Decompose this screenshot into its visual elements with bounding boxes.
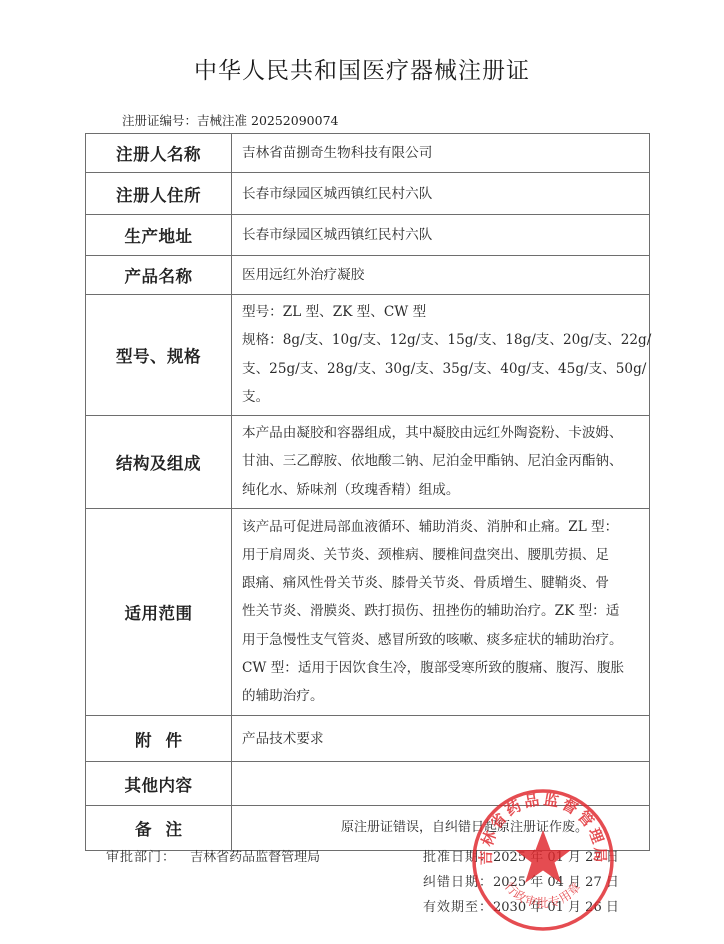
table-row-model-spec: 型号、规格 型号：ZL 型、ZK 型、CW 型 规格：8g/支、10g/支、12…	[86, 295, 650, 416]
text-line: CW 型：适用于因饮食生冷，腹部受寒所致的腹痛、腹泻、腹胀	[242, 654, 641, 682]
approval-dept-label: 审批部门：	[106, 850, 176, 865]
row-label: 产品名称	[86, 256, 232, 295]
row-value: 该产品可促进局部血液循环、辅助消炎、消肿和止痛。ZL 型： 用于肩周炎、关节炎、…	[232, 509, 650, 716]
row-value: 产品技术要求	[232, 716, 650, 762]
approval-date-value: 2025 年 01 月 27 日	[493, 850, 619, 865]
table-row-remarks: 备注 原注册证错误，自纠错日起原注册证作废。	[86, 806, 650, 851]
table-row-scope: 适用范围 该产品可促进局部血液循环、辅助消炎、消肿和止痛。ZL 型： 用于肩周炎…	[86, 509, 650, 716]
table-row-attachment: 附件 产品技术要求	[86, 716, 650, 762]
text-line: 用于肩周炎、关节炎、颈椎病、腰椎间盘突出、腰肌劳损、足	[242, 541, 641, 569]
text-line: 支、25g/支、28g/支、30g/支、35g/支、40g/支、45g/支、50…	[242, 355, 641, 383]
row-label: 备注	[86, 806, 232, 851]
certificate-table: 注册人名称 吉林省苗捌奇生物科技有限公司 注册人住所 长春市绿园区城西镇红民村六…	[85, 133, 650, 851]
text-line: 的辅助治疗。	[242, 682, 641, 710]
table-row-structure: 结构及组成 本产品由凝胶和容器组成，其中凝胶由远红外陶瓷粉、卡波姆、 甘油、三乙…	[86, 416, 650, 509]
remarks-text: 原注册证错误，自纠错日起原注册证作废。	[341, 820, 588, 835]
approval-dept-value: 吉林省药品监督管理局	[190, 850, 320, 865]
table-row-registrant-address: 注册人住所 长春市绿园区城西镇红民村六队	[86, 173, 650, 215]
valid-until: 有效期至：2030 年 01 月 26 日	[423, 896, 619, 915]
row-label: 注册人住所	[86, 173, 232, 215]
row-label: 结构及组成	[86, 416, 232, 509]
row-label: 附件	[86, 716, 232, 762]
text-line: 跟痛、痛风性骨关节炎、膝骨关节炎、骨质增生、腱鞘炎、骨	[242, 569, 641, 597]
row-label: 型号、规格	[86, 295, 232, 416]
table-row-product-name: 产品名称 医用远红外治疗凝胶	[86, 256, 650, 295]
correction-date-label: 纠错日期：	[423, 875, 493, 890]
approval-department: 审批部门： 吉林省药品监督管理局	[106, 846, 320, 865]
text-line: 该产品可促进局部血液循环、辅助消炎、消肿和止痛。ZL 型：	[242, 513, 641, 541]
text-line: 型号：ZL 型、ZK 型、CW 型	[242, 298, 641, 326]
text-line: 性关节炎、滑膜炎、跌打损伤、扭挫伤的辅助治疗。ZK 型：适	[242, 597, 641, 625]
row-value: 原注册证错误，自纠错日起原注册证作废。	[232, 806, 650, 851]
text-line: 支。	[242, 383, 641, 411]
row-label: 其他内容	[86, 762, 232, 806]
text-line: 纯化水、矫味剂（玫瑰香精）组成。	[242, 476, 641, 504]
registration-number-value: 吉械注准 20252090074	[197, 113, 338, 128]
registration-number-label: 注册证编号：	[122, 113, 197, 128]
row-value: 本产品由凝胶和容器组成，其中凝胶由远红外陶瓷粉、卡波姆、 甘油、三乙醇胺、依地酸…	[232, 416, 650, 509]
row-label: 适用范围	[86, 509, 232, 716]
approval-date-label: 批准日期：	[423, 850, 493, 865]
row-value: 长春市绿园区城西镇红民村六队	[232, 215, 650, 256]
row-value: 型号：ZL 型、ZK 型、CW 型 规格：8g/支、10g/支、12g/支、15…	[232, 295, 650, 416]
approval-date: 批准日期：2025 年 01 月 27 日	[423, 846, 619, 865]
row-label: 生产地址	[86, 215, 232, 256]
document-title: 中华人民共和国医疗器械注册证	[0, 52, 724, 85]
table-row-other: 其他内容	[86, 762, 650, 806]
row-value: 长春市绿园区城西镇红民村六队	[232, 173, 650, 215]
row-value	[232, 762, 650, 806]
table-row-registrant-name: 注册人名称 吉林省苗捌奇生物科技有限公司	[86, 134, 650, 173]
text-line: 甘油、三乙醇胺、依地酸二钠、尼泊金甲酯钠、尼泊金丙酯钠、	[242, 447, 641, 475]
registration-number: 注册证编号：吉械注准 20252090074	[122, 111, 338, 129]
correction-date-value: 2025 年 04 月 27 日	[493, 875, 619, 890]
valid-until-value: 2030 年 01 月 26 日	[493, 900, 619, 915]
correction-date: 纠错日期：2025 年 04 月 27 日	[423, 871, 619, 890]
text-line: 本产品由凝胶和容器组成，其中凝胶由远红外陶瓷粉、卡波姆、	[242, 419, 641, 447]
text-line: 规格：8g/支、10g/支、12g/支、15g/支、18g/支、20g/支、22…	[242, 326, 641, 354]
text-line: 用于急慢性支气管炎、感冒所致的咳嗽、痰多症状的辅助治疗。	[242, 626, 641, 654]
row-label: 注册人名称	[86, 134, 232, 173]
row-value: 医用远红外治疗凝胶	[232, 256, 650, 295]
valid-until-label: 有效期至：	[423, 900, 493, 915]
row-value: 吉林省苗捌奇生物科技有限公司	[232, 134, 650, 173]
table-row-production-address: 生产地址 长春市绿园区城西镇红民村六队	[86, 215, 650, 256]
